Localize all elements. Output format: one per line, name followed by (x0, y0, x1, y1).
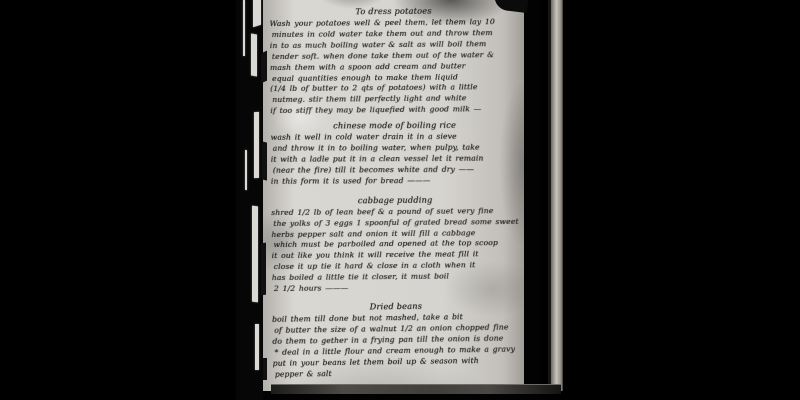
manuscript-line: if too stiff they may be liquefied with … (270, 104, 518, 117)
manuscript-line: tender soft. when done take them out of … (272, 50, 518, 63)
torn-paper-fragment (254, 112, 259, 178)
recipe-title: To dress potatoes (269, 4, 517, 18)
page-edge-mark (261, 51, 267, 84)
page-edge-mark (263, 358, 267, 380)
torn-paper-fragment (255, 324, 259, 370)
manuscript-line: 2 1/2 hours ——— (274, 282, 520, 295)
page-bottom-edge (271, 384, 561, 394)
torn-paper-fragment (251, 34, 257, 77)
manuscript-line: it with a ladle put it in a clean vessel… (271, 153, 519, 165)
manuscript-photo: To dress potatoesWash your potatoes well… (236, 0, 540, 400)
recipe-section: To dress potatoesWash your potatoes well… (269, 4, 518, 117)
manuscript-page: To dress potatoesWash your potatoes well… (263, 0, 524, 391)
recipe-title: cabbage pudding (271, 193, 519, 207)
page-edge-mark (262, 141, 267, 180)
manuscript-line: the yolks of 3 eggs 1 spoonful of grated… (273, 217, 519, 230)
book-binding-edge (236, 0, 263, 400)
torn-paper-fragment (245, 150, 247, 190)
recipe-section: Dried beansboil them till done but not m… (272, 298, 521, 380)
recipe-section: cabbage puddingshred 1/2 lb of lean beef… (271, 193, 520, 295)
scanned-document-canvas: To dress potatoesWash your potatoes well… (0, 0, 800, 400)
torn-paper-fragment (252, 206, 258, 303)
page-fore-edge (551, 0, 563, 391)
torn-paper-fragment (253, 0, 261, 27)
recipe-section: chinese mode of boiling ricewash it well… (270, 119, 518, 188)
recipe-title: chinese mode of boiling rice (270, 119, 518, 132)
recipe-sections: To dress potatoesWash your potatoes well… (269, 4, 520, 380)
page-edge-mark (261, 243, 266, 296)
torn-paper-fragment (243, 0, 245, 56)
manuscript-line: in this form it is used for bread ——— (271, 175, 519, 187)
